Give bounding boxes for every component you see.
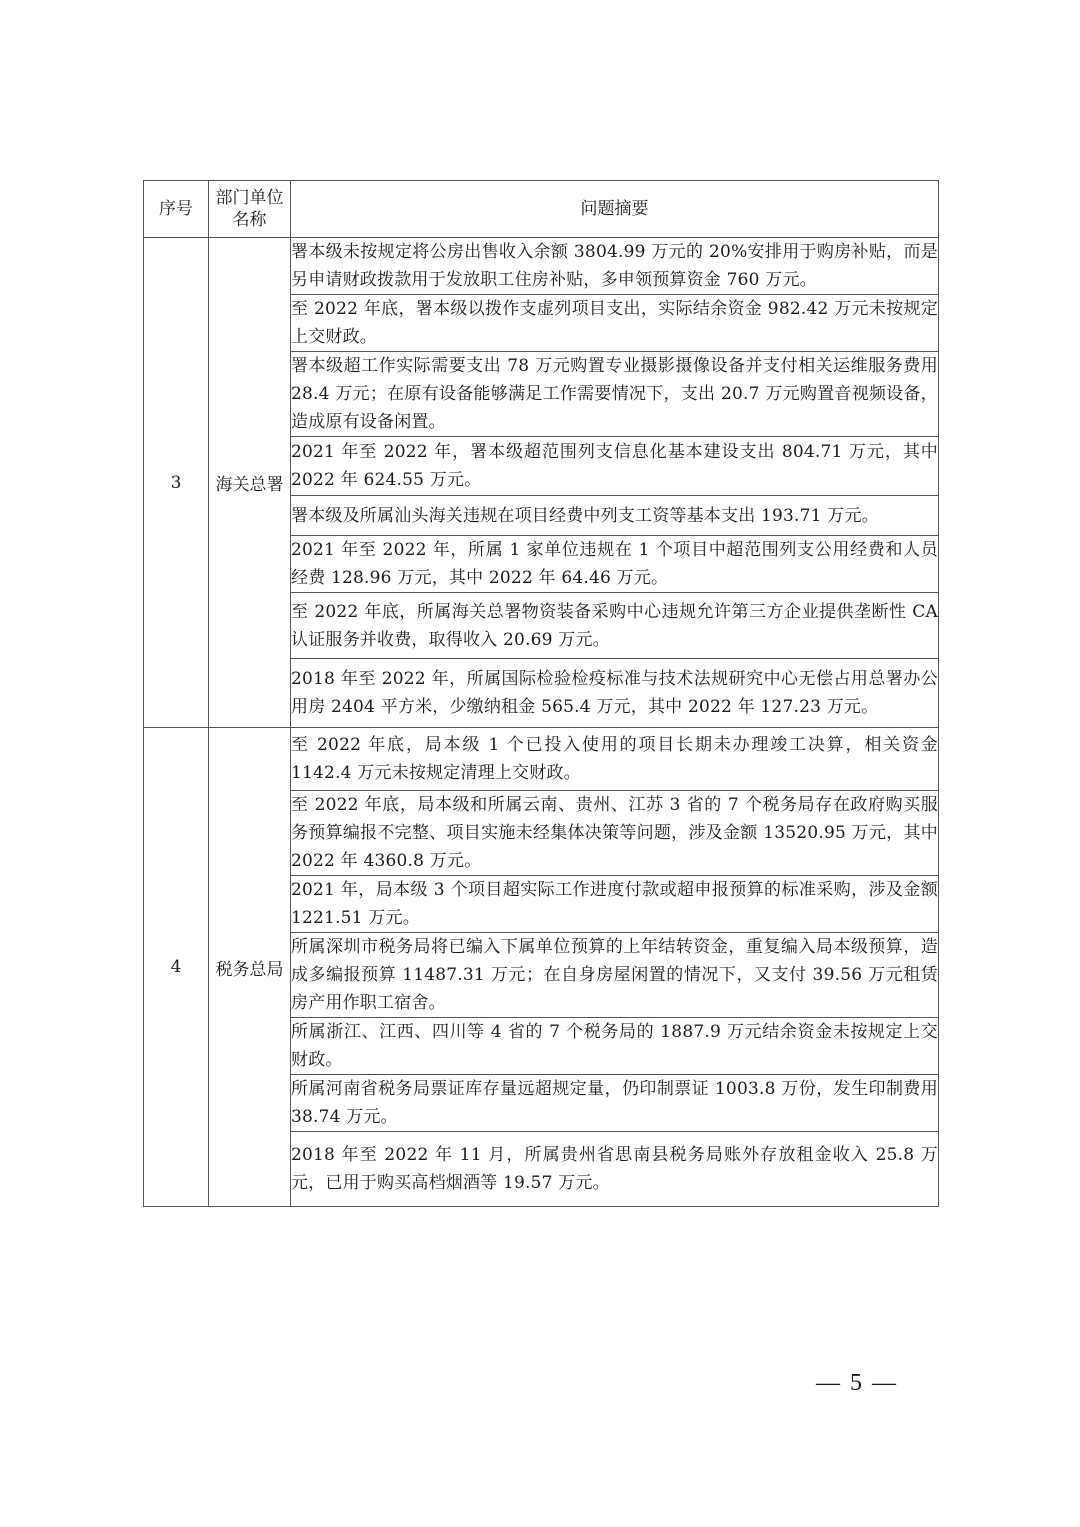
department-cell: 海关总署: [209, 238, 291, 728]
header-department-line2: 名称: [209, 209, 290, 231]
issue-summary-cell: 至 2022 年底，署本级以拨作支虚列项目支出，实际结余资金 982.42 万元…: [291, 295, 939, 352]
issue-summary-cell: 至 2022 年底，局本级和所属云南、贵州、江苏 3 省的 7 个税务局存在政府…: [291, 791, 939, 876]
issue-summary-cell: 2021 年至 2022 年，所属 1 家单位违规在 1 个项目中超范围列支公用…: [291, 536, 939, 593]
header-serial-number: 序号: [144, 181, 209, 238]
header-issue-summary: 问题摘要: [291, 181, 939, 238]
issue-summary-cell: 2021 年，局本级 3 个项目超实际工作进度付款或超申报预算的标准采购，涉及金…: [291, 876, 939, 933]
audit-issues-table: 序号 部门单位 名称 问题摘要 3海关总署署本级未按规定将公房出售收入余额 38…: [143, 180, 939, 1207]
issue-summary-cell: 所属深圳市税务局将已编入下属单位预算的上年结转资金，重复编入局本级预算，造成多编…: [291, 933, 939, 1018]
document-page: 序号 部门单位 名称 问题摘要 3海关总署署本级未按规定将公房出售收入余额 38…: [0, 0, 1080, 1527]
issue-summary-cell: 所属河南省税务局票证库存量远超规定量，仍印制票证 1003.8 万份，发生印制费…: [291, 1075, 939, 1132]
issue-summary-cell: 2021 年至 2022 年，署本级超范围列支信息化基本建设支出 804.71 …: [291, 437, 939, 496]
table-header-row: 序号 部门单位 名称 问题摘要: [144, 181, 939, 238]
serial-number-cell: 4: [144, 728, 209, 1207]
page-number: — 5 —: [816, 1370, 898, 1397]
table-body: 3海关总署署本级未按规定将公房出售收入余额 3804.99 万元的 20%安排用…: [144, 238, 939, 1207]
issue-summary-cell: 署本级及所属汕头海关违规在项目经费中列支工资等基本支出 193.71 万元。: [291, 496, 939, 536]
issue-summary-cell: 署本级未按规定将公房出售收入余额 3804.99 万元的 20%安排用于购房补贴…: [291, 238, 939, 295]
issue-summary-cell: 至 2022 年底，局本级 1 个已投入使用的项目长期未办理竣工决算，相关资金 …: [291, 728, 939, 791]
issue-summary-cell: 所属浙江、江西、四川等 4 省的 7 个税务局的 1887.9 万元结余资金未按…: [291, 1018, 939, 1075]
issue-summary-cell: 2018 年至 2022 年，所属国际检验检疫标准与技术法规研究中心无偿占用总署…: [291, 659, 939, 728]
issue-summary-cell: 署本级超工作实际需要支出 78 万元购置专业摄影摄像设备并支付相关运维服务费用 …: [291, 352, 939, 437]
table-row: 3海关总署署本级未按规定将公房出售收入余额 3804.99 万元的 20%安排用…: [144, 238, 939, 295]
table-row: 4税务总局至 2022 年底，局本级 1 个已投入使用的项目长期未办理竣工决算，…: [144, 728, 939, 791]
issue-summary-cell: 2018 年至 2022 年 11 月，所属贵州省思南县税务局账外存放租金收入 …: [291, 1132, 939, 1207]
header-department: 部门单位 名称: [209, 181, 291, 238]
header-department-line1: 部门单位: [209, 187, 290, 209]
serial-number-cell: 3: [144, 238, 209, 728]
department-cell: 税务总局: [209, 728, 291, 1207]
issue-summary-cell: 至 2022 年底，所属海关总署物资装备采购中心违规允许第三方企业提供垄断性 C…: [291, 593, 939, 659]
